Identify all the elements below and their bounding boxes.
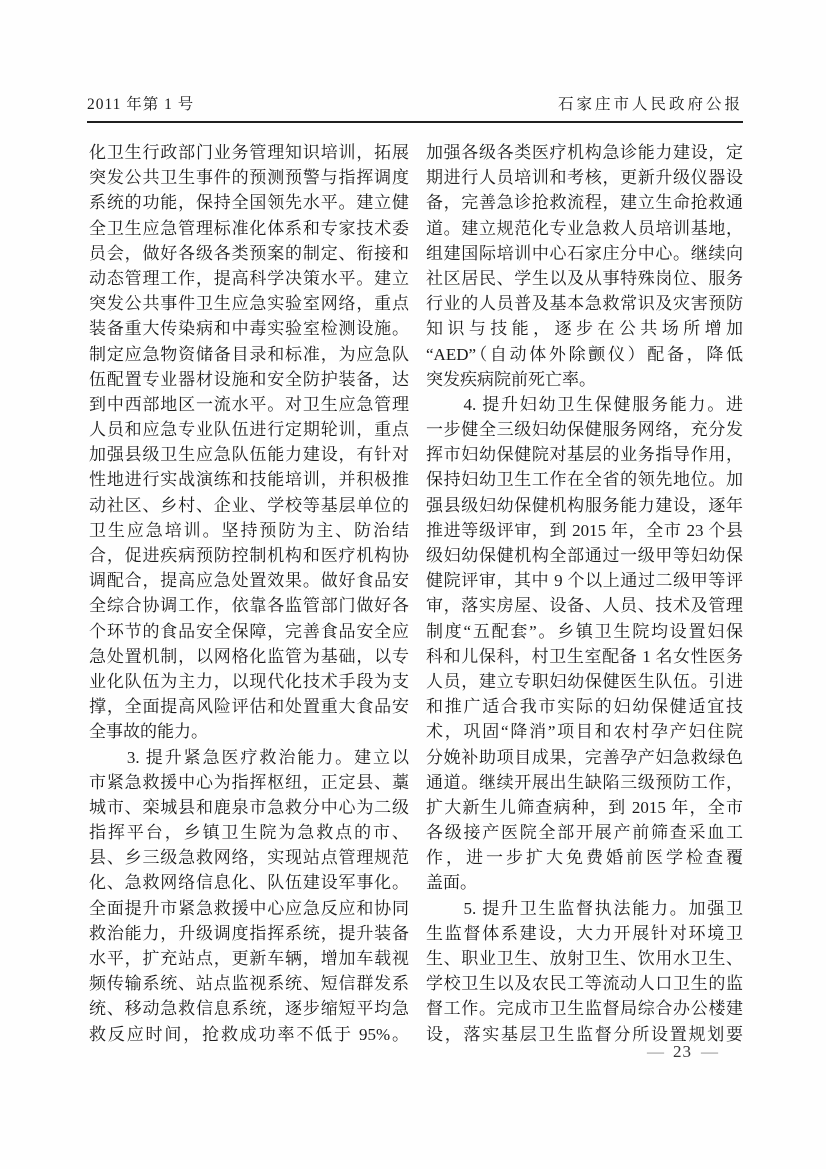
- text-line: 加强各级各类医疗机构急诊能力建设，定: [426, 140, 743, 165]
- text-line: 全面提升市紧急救援中心应急反应和协同: [89, 896, 409, 921]
- issue-label: 2011 年第 1 号: [87, 92, 194, 114]
- text-line: 人员和应急专业队伍进行定期轮训，重点: [89, 417, 409, 442]
- text-line: 分娩补助项目成果，完善孕产妇急救绿色: [426, 745, 743, 770]
- text-line: 备，完善急诊抢救流程，建立生命抢救通: [426, 190, 743, 215]
- text-line: 社区居民、学生以及从事特殊岗位、服务: [426, 266, 743, 291]
- text-line: 调配合，提高应急处置效果。做好食品安: [89, 568, 409, 593]
- text-line: 强县级妇幼保健机构服务能力建设，逐年: [426, 493, 743, 518]
- text-line: 装备重大传染病和中毒实验室检测设施。: [89, 316, 409, 341]
- text-line: 全综合协调工作，依靠各监管部门做好各: [89, 593, 409, 618]
- text-line: 全事故的能力。: [89, 719, 409, 744]
- text-line: 动社区、乡村、企业、学校等基层单位的: [89, 493, 409, 518]
- text-line: 术，巩固“降消”项目和农村孕产妇住院: [426, 719, 743, 744]
- text-line: 组建国际培训中心石家庄分中心。继续向: [426, 241, 743, 266]
- text-line: 和推广适合我市实际的妇幼保健适宜技: [426, 694, 743, 719]
- text-line: 员会，做好各级各类预案的制定、衔接和: [89, 241, 409, 266]
- text-line: 指挥平台，乡镇卫生院为急救点的市、: [89, 820, 409, 845]
- text-line: 统、移动急救信息系统，逐步缩短平均急: [89, 996, 409, 1021]
- text-line: 健院评审，其中 9 个以上通过二级甲等评: [426, 568, 743, 593]
- text-line: 通道。继续开展出生缺陷三级预防工作，: [426, 770, 743, 795]
- text-line: 市紧急救援中心为指挥枢纽，正定县、藁: [89, 770, 409, 795]
- text-line: 县、乡三级急救网络，实现站点管理规范: [89, 845, 409, 870]
- body-columns: 化卫生行政部门业务管理知识培训，拓展突发公共卫生事件的预测预警与指挥调度系统的功…: [89, 140, 743, 1047]
- text-line: 救治能力，升级调度指挥系统，提升装备: [89, 921, 409, 946]
- text-line: 生监督体系建设，大力开展针对环境卫: [426, 921, 743, 946]
- text-line: 期进行人员培训和考核，更新升级仪器设: [426, 165, 743, 190]
- text-line: 督工作。完成市卫生监督局综合办公楼建: [426, 996, 743, 1021]
- text-line: 卫生应急培训。坚持预防为主、防治结: [89, 518, 409, 543]
- text-line: 推进等级评审，到 2015 年，全市 23 个县: [426, 518, 743, 543]
- text-line: 5. 提升卫生监督执法能力。加强卫: [426, 896, 743, 921]
- text-line: 城市、栾城县和鹿泉市急救分中心为二级: [89, 795, 409, 820]
- text-line: 到中西部地区一流水平。对卫生应急管理: [89, 392, 409, 417]
- page-number: 23: [673, 1042, 692, 1062]
- text-line: 制度“五配套”。乡镇卫生院均设置妇保: [426, 619, 743, 644]
- text-line: 级妇幼保健机构全部通过一级甲等妇幼保: [426, 543, 743, 568]
- text-line: 科和儿保科，村卫生室配备 1 名女性医务: [426, 644, 743, 669]
- right-column: 加强各级各类医疗机构急诊能力建设，定期进行人员培训和考核，更新升级仪器设备，完善…: [426, 140, 743, 1047]
- text-line: 动态管理工作，提高科学决策水平。建立: [89, 266, 409, 291]
- text-line: 行业的人员普及基本急救常识及灾害预防: [426, 291, 743, 316]
- text-line: 挥市妇幼保健院对基层的业务指导作用，: [426, 442, 743, 467]
- text-line: 水平，扩充站点，更新车辆，增加车载视: [89, 946, 409, 971]
- text-line: 突发公共卫生事件的预测预警与指挥调度: [89, 165, 409, 190]
- text-line: 保持妇幼卫生工作在全省的领先地位。加: [426, 467, 743, 492]
- text-line: “AED”（自动体外除颤仪）配备，降低: [426, 342, 743, 367]
- text-line: 个环节的食品安全保障，完善食品安全应: [89, 619, 409, 644]
- text-line: 化卫生行政部门业务管理知识培训，拓展: [89, 140, 409, 165]
- text-line: 伍配置专业器材设施和安全防护装备，达: [89, 367, 409, 392]
- left-column: 化卫生行政部门业务管理知识培训，拓展突发公共卫生事件的预测预警与指挥调度系统的功…: [89, 140, 409, 1047]
- text-line: 加强县级卫生应急队伍能力建设，有针对: [89, 442, 409, 467]
- text-line: 救反应时间，抢救成功率不低于 95%。: [89, 1022, 409, 1047]
- text-line: 各级接产医院全部开展产前筛查采血工: [426, 820, 743, 845]
- text-line: 合，促进疾病预防控制机构和医疗机构协: [89, 543, 409, 568]
- page-footer: — 23 —: [647, 1042, 718, 1062]
- text-line: 撑，全面提高风险评估和处置重大食品安: [89, 694, 409, 719]
- publication-title: 石家庄市人民政府公报: [558, 92, 743, 114]
- text-line: 全卫生应急管理标准化体系和专家技术委: [89, 216, 409, 241]
- text-line: 4. 提升妇幼卫生保健服务能力。进: [426, 392, 743, 417]
- page-header: 2011 年第 1 号 石家庄市人民政府公报: [87, 92, 743, 123]
- text-line: 知识与技能，逐步在公共场所增加: [426, 316, 743, 341]
- text-line: 审，落实房屋、设备、人员、技术及管理: [426, 593, 743, 618]
- footer-dash-right: —: [701, 1042, 718, 1062]
- text-line: 道。建立规范化专业急救人员培训基地，: [426, 216, 743, 241]
- text-line: 作，进一步扩大免费婚前医学检查覆: [426, 845, 743, 870]
- text-line: 扩大新生儿筛查病种，到 2015 年，全市: [426, 795, 743, 820]
- text-line: 3. 提升紧急医疗救治能力。建立以: [89, 745, 409, 770]
- text-line: 突发疾病院前死亡率。: [426, 367, 743, 392]
- text-line: 盖面。: [426, 870, 743, 895]
- text-line: 学校卫生以及农民工等流动人口卫生的监: [426, 971, 743, 996]
- text-line: 生、职业卫生、放射卫生、饮用水卫生、: [426, 946, 743, 971]
- text-line: 系统的功能，保持全国领先水平。建立健: [89, 190, 409, 215]
- text-line: 业化队伍为主力，以现代化技术手段为支: [89, 669, 409, 694]
- gazette-page: 2011 年第 1 号 石家庄市人民政府公报 化卫生行政部门业务管理知识培训，拓…: [0, 0, 826, 1169]
- text-line: 性地进行实战演练和技能培训，并积极推: [89, 467, 409, 492]
- text-line: 一步健全三级妇幼保健服务网络，充分发: [426, 417, 743, 442]
- text-line: 频传输系统、站点监视系统、短信群发系: [89, 971, 409, 996]
- text-line: 化、急救网络信息化、队伍建设军事化。: [89, 870, 409, 895]
- text-line: 突发公共事件卫生应急实验室网络，重点: [89, 291, 409, 316]
- footer-dash-left: —: [647, 1042, 664, 1062]
- text-line: 制定应急物资储备目录和标准，为应急队: [89, 342, 409, 367]
- text-line: 急处置机制，以网格化监管为基础，以专: [89, 644, 409, 669]
- text-line: 人员，建立专职妇幼保健医生队伍。引进: [426, 669, 743, 694]
